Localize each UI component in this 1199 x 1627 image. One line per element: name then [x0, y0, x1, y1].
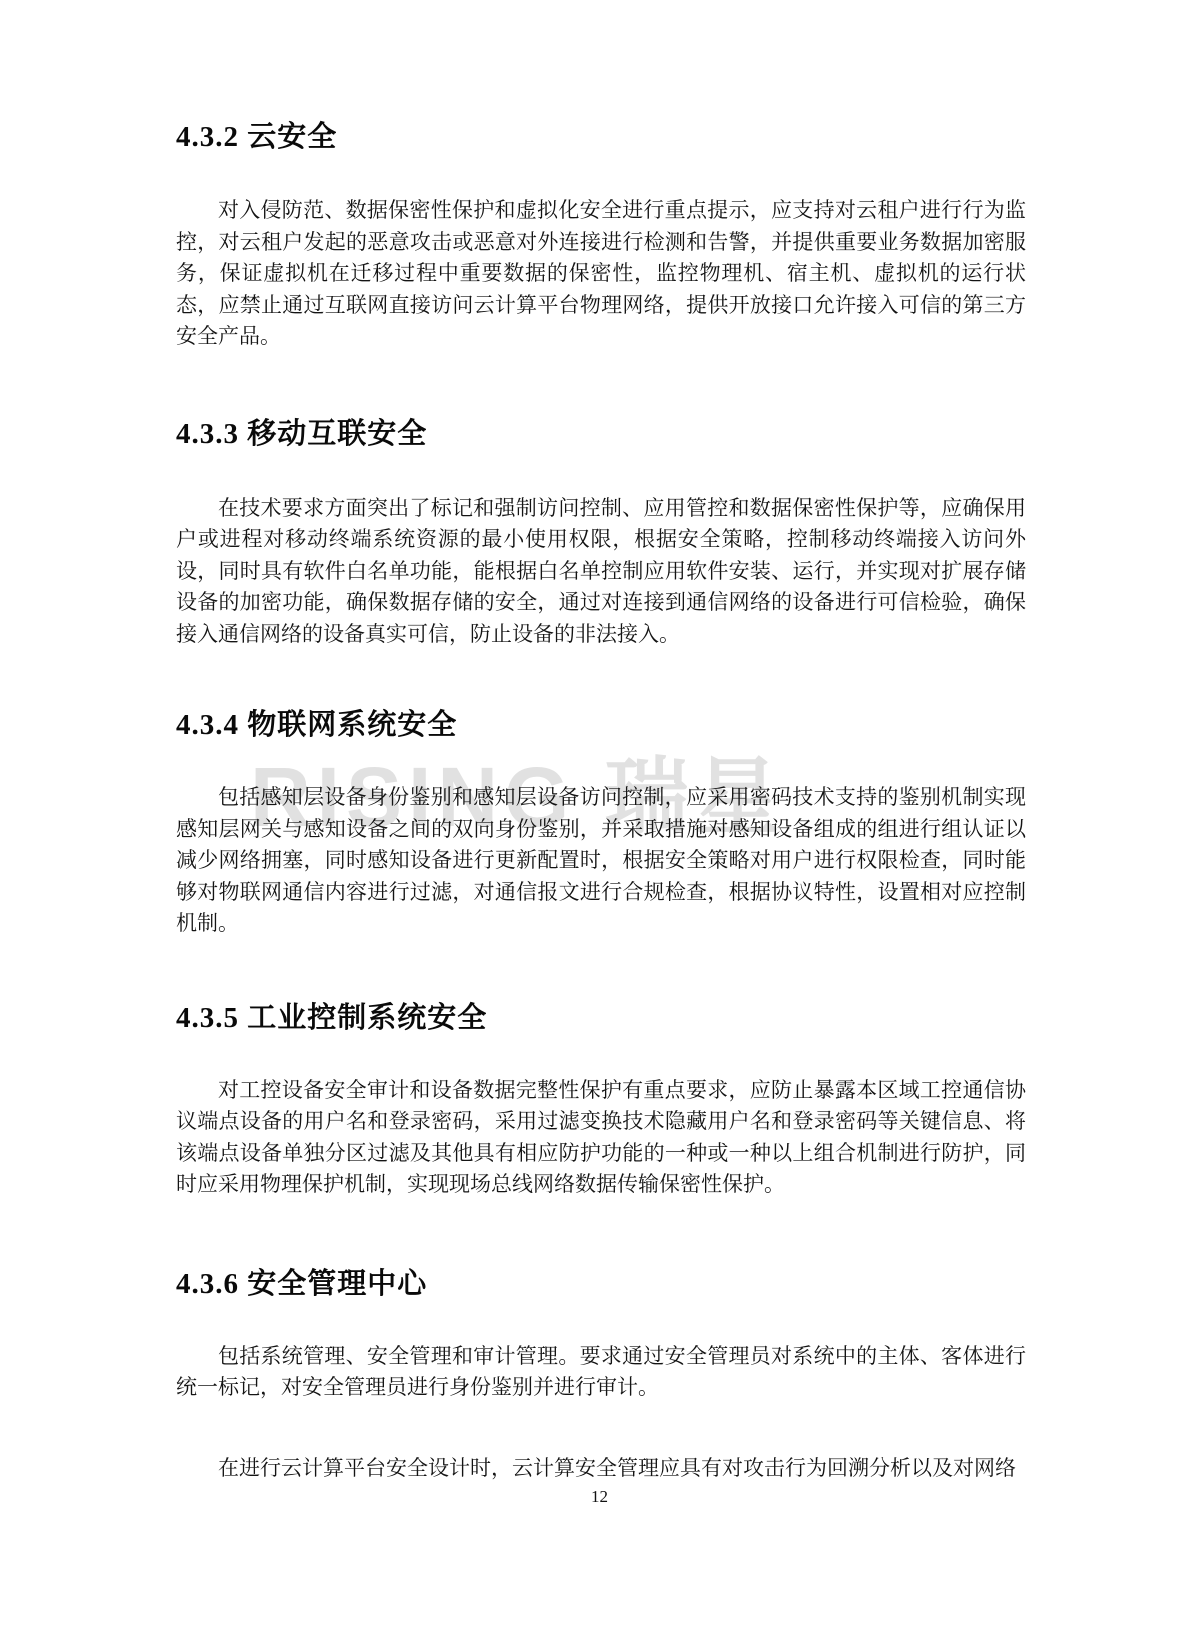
section-heading-4-3-2: 4.3.2 云安全: [176, 118, 1026, 156]
document-page: RISING 瑞星 4.3.2 云安全 对入侵防范、数据保密性保护和虚拟化安全进…: [0, 0, 1199, 1627]
section-4-3-4-iot-system-security: 4.3.4 物联网系统安全 包括感知层设备身份鉴别和感知层设备访问控制，应采用密…: [176, 706, 1026, 940]
section-heading-4-3-6: 4.3.6 安全管理中心: [176, 1265, 1026, 1303]
section-paragraph: 对工控设备安全审计和设备数据完整性保护有重点要求，应防止暴露本区域工控通信协议端…: [176, 1075, 1026, 1201]
section-paragraph: 在进行云计算平台安全设计时，云计算安全管理应具有对攻击行为回溯分析以及对网络: [176, 1453, 1026, 1485]
section-heading-4-3-5: 4.3.5 工业控制系统安全: [176, 999, 1026, 1037]
section-4-3-6-security-management-center: 4.3.6 安全管理中心 包括系统管理、安全管理和审计管理。要求通过安全管理员对…: [176, 1265, 1026, 1485]
page-number: 12: [0, 1487, 1199, 1507]
section-paragraph: 包括系统管理、安全管理和审计管理。要求通过安全管理员对系统中的主体、客体进行统一…: [176, 1341, 1026, 1404]
section-paragraph: 在技术要求方面突出了标记和强制访问控制、应用管控和数据保密性保护等，应确保用户或…: [176, 493, 1026, 651]
section-heading-4-3-3: 4.3.3 移动互联安全: [176, 415, 1026, 453]
section-4-3-5-industrial-control-security: 4.3.5 工业控制系统安全 对工控设备安全审计和设备数据完整性保护有重点要求，…: [176, 999, 1026, 1201]
section-4-3-2-cloud-security: 4.3.2 云安全 对入侵防范、数据保密性保护和虚拟化安全进行重点提示，应支持对…: [176, 118, 1026, 353]
section-heading-4-3-4: 4.3.4 物联网系统安全: [176, 706, 1026, 744]
section-paragraph: 包括感知层设备身份鉴别和感知层设备访问控制，应采用密码技术支持的鉴别机制实现感知…: [176, 782, 1026, 940]
section-paragraph: 对入侵防范、数据保密性保护和虚拟化安全进行重点提示，应支持对云租户进行行为监控，…: [176, 195, 1026, 353]
section-4-3-3-mobile-internet-security: 4.3.3 移动互联安全 在技术要求方面突出了标记和强制访问控制、应用管控和数据…: [176, 415, 1026, 651]
page-content: 4.3.2 云安全 对入侵防范、数据保密性保护和虚拟化安全进行重点提示，应支持对…: [0, 0, 1199, 1484]
